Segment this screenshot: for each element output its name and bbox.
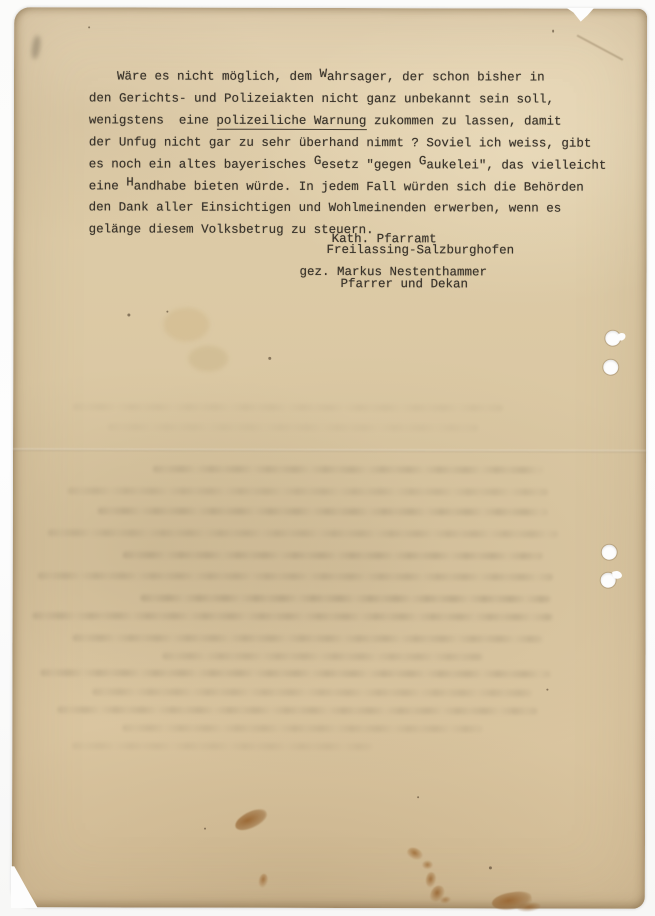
document-paper: Wäre es nicht möglich, dem Wahrsager, de… <box>12 7 647 909</box>
speck <box>127 313 130 316</box>
bleedthrough-line <box>123 551 543 559</box>
stain <box>232 806 270 834</box>
stain <box>422 860 433 869</box>
body-line-6: eine Handhabe bieten würde. In jedem Fal… <box>89 176 607 199</box>
bleedthrough-line <box>48 529 558 537</box>
bleedthrough-line <box>98 507 548 515</box>
bleedthrough-line <box>33 612 553 620</box>
underlined-phrase: polizeiliche Warnung <box>216 114 366 130</box>
bleedthrough-line <box>68 487 548 495</box>
speck <box>489 866 492 869</box>
bleedthrough-line <box>57 706 537 714</box>
bleedthrough-line <box>162 653 482 661</box>
bleedthrough-line <box>73 403 503 411</box>
bleedthrough-line <box>38 572 553 580</box>
body-line-5: es noch ein altes bayerisches Gesetz "ge… <box>89 154 607 177</box>
bleedthrough-line <box>153 466 543 474</box>
body-line-4: der Unfug nicht gar zu sehr überhand nim… <box>89 132 607 155</box>
signature-office-line2: Freilassing-Salzburghofen <box>327 243 515 257</box>
scratch-mark <box>577 35 624 61</box>
speck <box>546 689 548 691</box>
stain <box>439 895 451 904</box>
bleedthrough-line <box>108 423 478 431</box>
raised-letter: G <box>419 154 427 168</box>
faint-smudge <box>163 308 209 342</box>
body-line-7: den Dank aller Einsichtigen und Wohlmein… <box>89 198 607 221</box>
bleedthrough-line <box>122 724 482 732</box>
ink-smudge <box>30 35 41 60</box>
signature-signer-title: Pfarrer und Dekan <box>340 277 468 291</box>
bleedthrough-line <box>92 688 532 696</box>
raised-letter: H <box>126 175 134 189</box>
speck <box>268 357 271 360</box>
punch-hole <box>603 360 618 375</box>
bleedthrough-line <box>141 595 551 603</box>
punch-hole-tear <box>612 570 623 580</box>
raised-letter: W <box>320 66 328 80</box>
speck <box>552 30 554 33</box>
speck <box>204 828 206 830</box>
scanner-background: Wäre es nicht möglich, dem Wahrsager, de… <box>0 0 655 916</box>
bleedthrough-line <box>72 742 372 750</box>
bleedthrough-line <box>40 669 550 677</box>
raised-letter: G <box>314 154 322 168</box>
torn-notch <box>566 8 594 22</box>
body-line-3: wenigstens eine polizeiliche Warnung zuk… <box>89 110 607 133</box>
stain <box>258 873 270 889</box>
corner-cut <box>11 866 38 908</box>
speck <box>166 311 168 313</box>
punch-hole <box>602 545 617 560</box>
stain <box>405 845 424 863</box>
horizontal-crease <box>13 448 646 453</box>
body-line-1: Wäre es nicht möglich, dem Wahrsager, de… <box>89 66 607 89</box>
body-line-2: den Gerichts- und Polizeiakten nicht gan… <box>89 88 607 111</box>
speck <box>88 26 90 28</box>
speck <box>417 796 419 798</box>
letter-body: Wäre es nicht möglich, dem Wahrsager, de… <box>89 66 607 243</box>
bleedthrough-line <box>73 634 543 642</box>
faint-smudge <box>188 346 228 372</box>
bleedthrough-region <box>14 7 647 9</box>
